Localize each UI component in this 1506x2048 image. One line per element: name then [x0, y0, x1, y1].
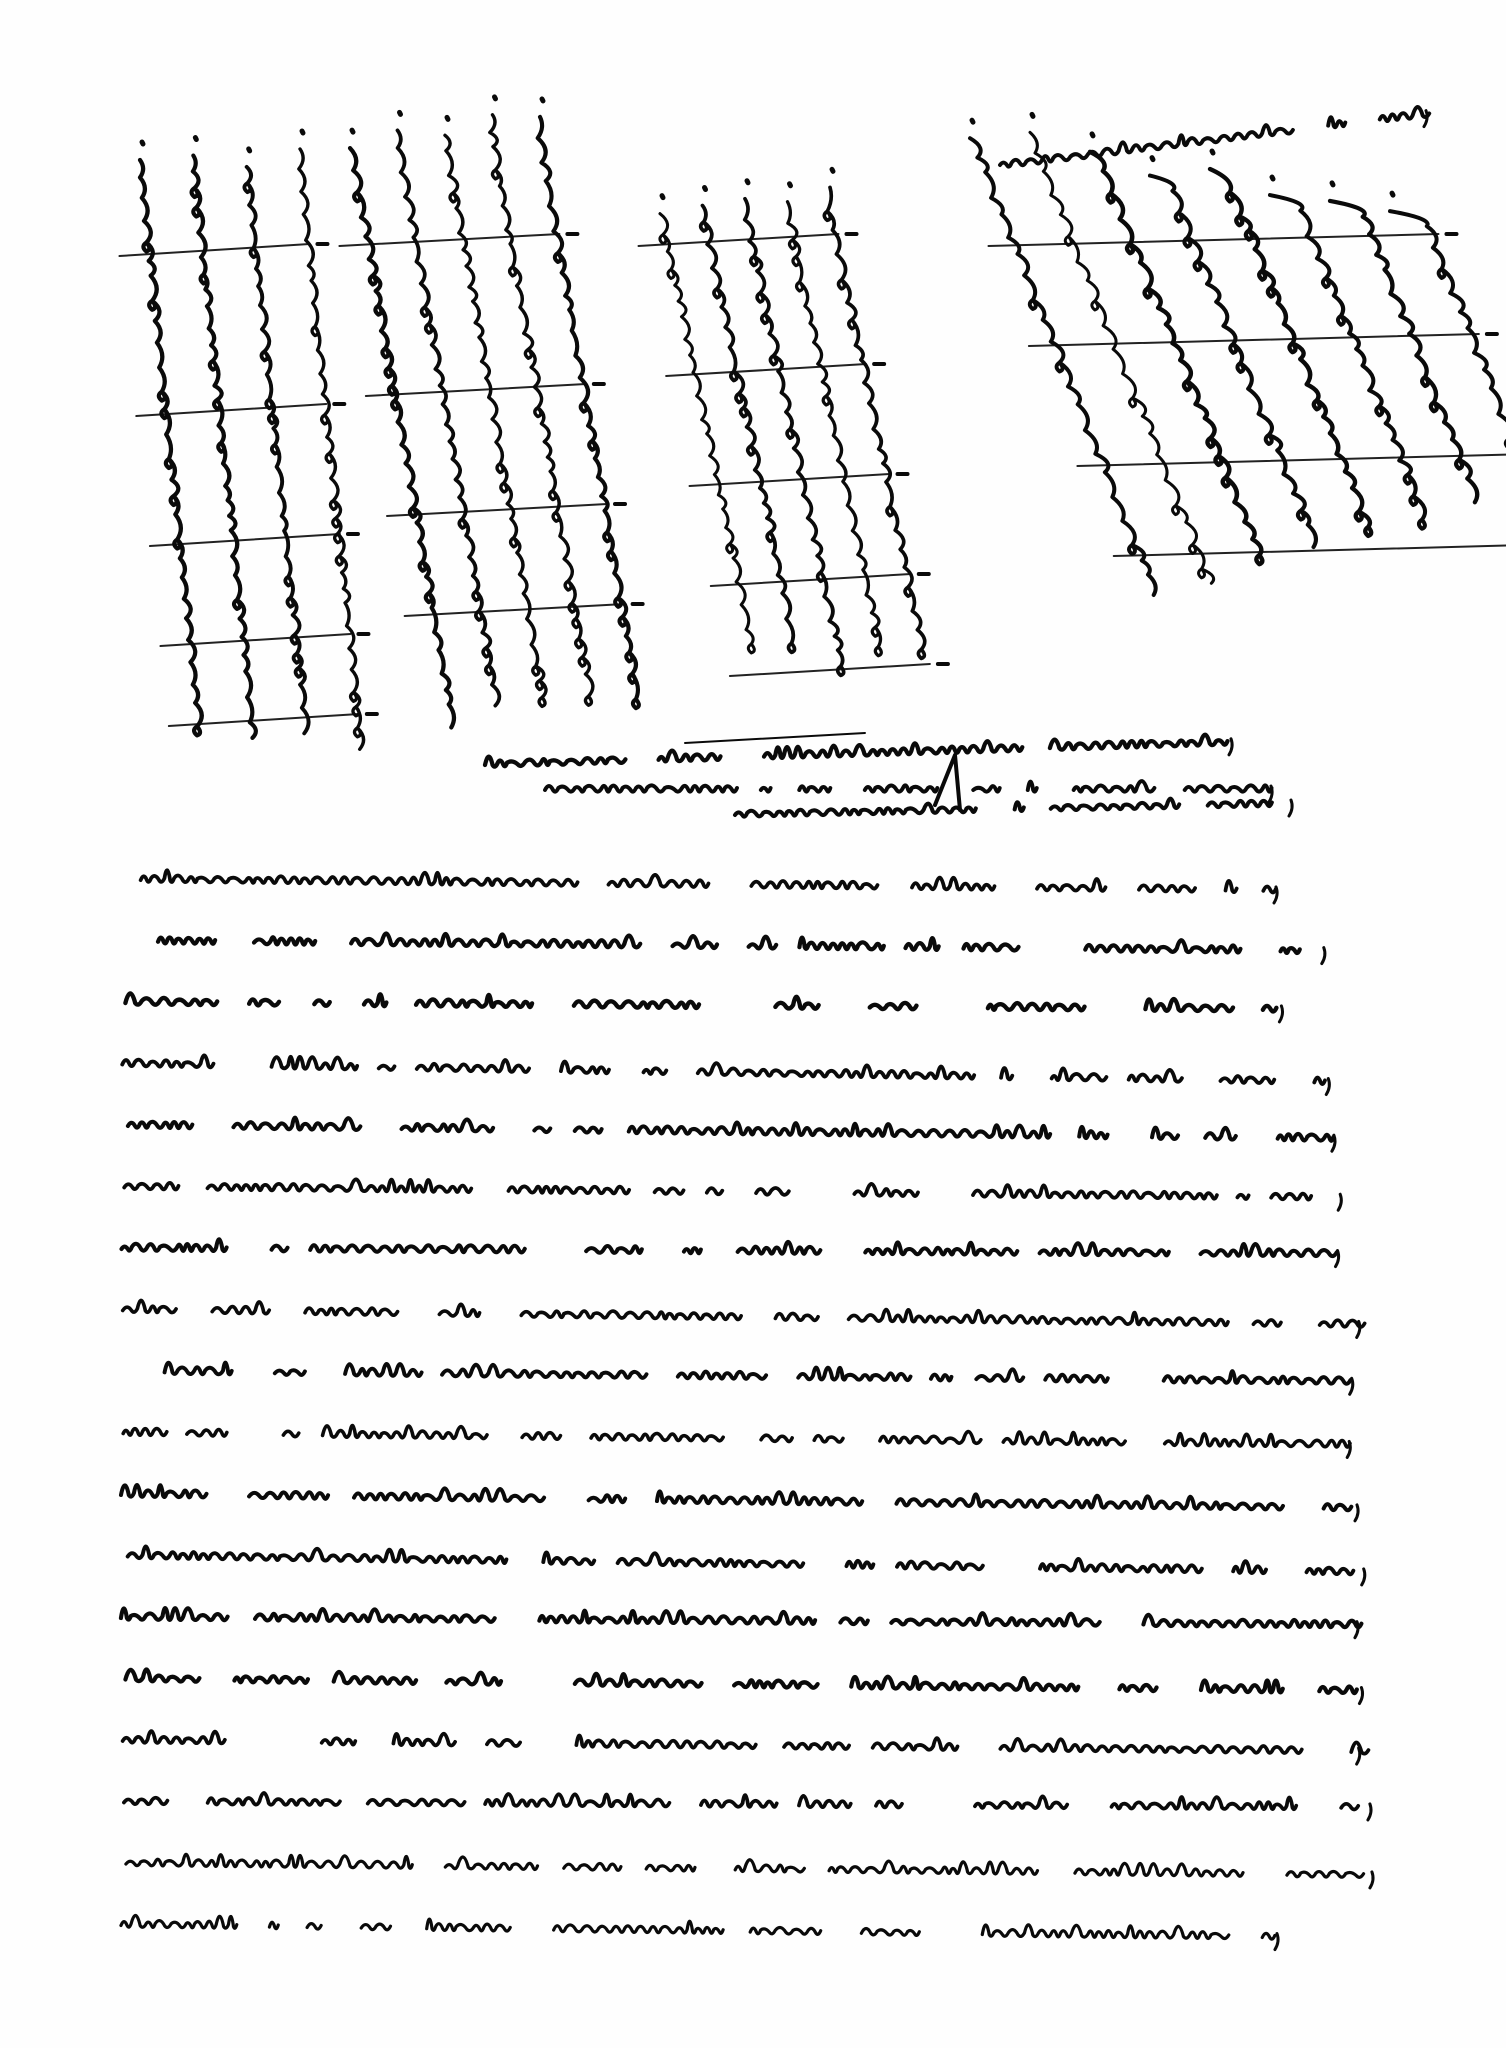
body-line-9 — [165, 1363, 1351, 1384]
column-2-crossbar-2 — [366, 384, 586, 396]
heading-line-3 — [735, 799, 1317, 817]
column-2-crossbar-4 — [405, 604, 625, 616]
body-line-15 — [123, 1731, 1369, 1754]
column-2-strand-4 — [490, 115, 593, 705]
column-2-dot-5 — [542, 99, 543, 101]
column-2-dot-4 — [495, 97, 496, 99]
column-2-crossbar-1 — [339, 234, 559, 246]
body-line-18 — [121, 1915, 1275, 1939]
body-line-3 — [125, 993, 1276, 1011]
column-2-strand-5 — [538, 117, 639, 708]
column-3-crossbar-5 — [730, 664, 930, 676]
column-3-dot-2 — [705, 188, 706, 190]
column-2-dot-2 — [400, 112, 401, 114]
body-line-12-comma — [1362, 1569, 1365, 1585]
body-line-11 — [121, 1485, 1351, 1510]
heading-flourish — [685, 733, 865, 743]
column-3-strand-5 — [824, 187, 924, 658]
column-2-dot-3 — [447, 117, 448, 119]
body-line-13 — [121, 1608, 1361, 1627]
body-line-1 — [141, 870, 1276, 892]
asemic-ink-layer — [0, 0, 1506, 2048]
column-4-crossbar-2 — [1029, 334, 1479, 346]
column-1-dot-4 — [302, 131, 303, 133]
column-4-dot-8 — [1392, 193, 1393, 195]
column-4-dot-7 — [1332, 183, 1333, 185]
body-line-6 — [124, 1179, 1341, 1199]
body-line-10 — [123, 1426, 1350, 1447]
body-line-11-comma — [1355, 1505, 1358, 1521]
paper-sheet: asemic handwriting specimen — [0, 0, 1506, 2048]
column-3-dot-5 — [832, 169, 833, 171]
column-3-strand-4 — [788, 202, 882, 656]
column-2-strand-3 — [445, 135, 546, 706]
column-2-strand-1 — [350, 148, 454, 727]
column-2-crossbar-3 — [387, 504, 607, 516]
body-line-8 — [123, 1301, 1365, 1327]
column-3-strand-3 — [745, 199, 844, 676]
column-3-strand-1 — [660, 214, 754, 653]
body-line-5 — [128, 1118, 1333, 1141]
column-4-strand-8 — [1390, 211, 1506, 478]
column-1-strand-2 — [192, 156, 256, 738]
body-line-15-comma — [1357, 1748, 1360, 1764]
body-line-6-comma — [1338, 1194, 1341, 1210]
column-4-crossbar-4 — [1114, 544, 1506, 556]
heading-line-3-comma — [1289, 800, 1292, 816]
body-line-16-comma — [1368, 1804, 1371, 1820]
heading-line-2 — [545, 781, 1271, 792]
body-line-10-comma — [1347, 1441, 1350, 1457]
column-4-dot-2 — [1032, 114, 1033, 116]
body-line-16 — [124, 1793, 1394, 1810]
column-1-dot-2 — [195, 138, 196, 140]
body-line-7 — [122, 1239, 1337, 1256]
column-2-dot-1 — [352, 130, 353, 132]
column-1-dot-1 — [142, 142, 143, 144]
column-3-dot-3 — [747, 181, 748, 183]
column-1-strand-4 — [299, 149, 364, 749]
column-4-crossbar-3 — [1077, 454, 1506, 466]
column-4-crossbar-1 — [988, 234, 1438, 246]
body-line-17-comma — [1370, 1872, 1373, 1888]
body-line-2 — [158, 933, 1327, 952]
column-4-dot-5 — [1212, 151, 1213, 153]
body-line-2-comma — [1322, 948, 1325, 964]
column-3-dot-4 — [790, 184, 791, 186]
body-line-14-comma — [1359, 1688, 1362, 1704]
column-4-strand-4 — [1150, 176, 1316, 547]
column-1-crossbar-5 — [169, 714, 359, 726]
body-line-3-comma — [1279, 1006, 1282, 1022]
column-1-strand-1 — [140, 160, 202, 735]
column-1-dot-3 — [249, 149, 250, 151]
heading-line-1 — [485, 735, 1227, 767]
body-line-12 — [128, 1547, 1399, 1575]
heading-capital-stroke — [935, 755, 960, 810]
column-4-header-scrawl — [1000, 107, 1429, 167]
column-3-dot-1 — [662, 196, 663, 198]
column-4-dot-3 — [1092, 134, 1093, 136]
column-1-strand-3 — [244, 167, 308, 733]
column-4-dot-1 — [972, 120, 973, 122]
column-2-strand-2 — [398, 130, 500, 705]
body-line-14 — [125, 1669, 1356, 1693]
column-4-dot-4 — [1152, 158, 1153, 160]
body-line-4 — [122, 1055, 1325, 1084]
column-4-dot-6 — [1272, 177, 1273, 179]
body-line-17 — [126, 1854, 1398, 1877]
